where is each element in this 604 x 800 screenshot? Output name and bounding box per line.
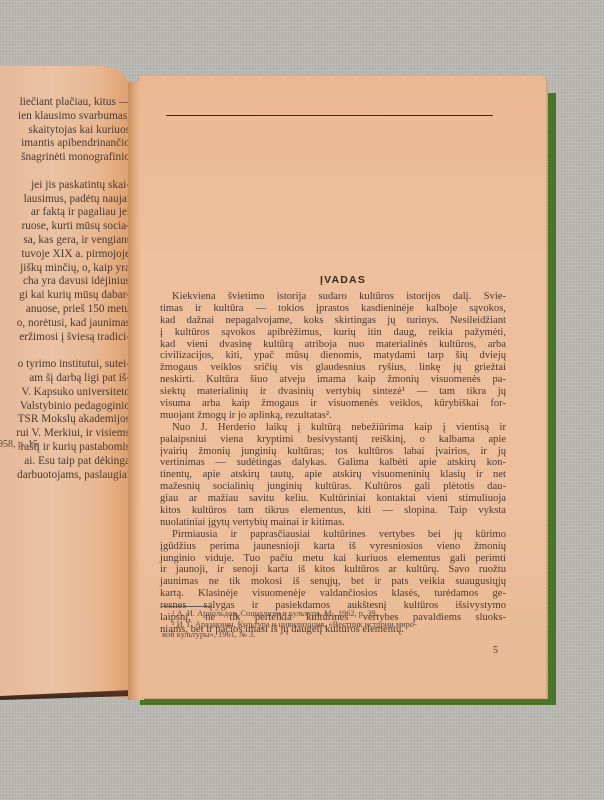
body-line: į kultūros sąvokos apibrėžimus, kurių it… [160,327,506,339]
right-page: ĮVADAS Kiekviena švietimo istorija sudar… [140,76,546,698]
body-line: neskirti. Kultūra šiuo atveju imama kaip… [160,374,506,386]
body-line: junginio viduje. Tuo pačiu metu kai kuri… [160,553,506,565]
body-line: kad dažnai nepagalvojame, koks skirtinga… [160,315,506,327]
body-line: ir jaunoji, ir senoji karta iš kitos kul… [160,564,506,576]
left-page-line: šnagrinėti monografinio [0,151,130,165]
body-line: kartą. Klasinėje visuomenėje valdančiosi… [160,588,506,600]
left-page-line: cha yra davusi idėjinius [0,275,130,289]
left-page-line: o tyrimo institutui, sutei- [0,358,130,372]
body-line: Pirmiausia ir paprasčiausiai kultūrines … [160,529,506,541]
chapter-body: Kiekviena švietimo istorija sudaro kultū… [160,291,506,636]
footnote-rule [162,606,212,607]
body-line: vertinimas — sudėtingas dalykas. Galima … [160,457,506,469]
left-page-line: skaitytojas kai kuriuos [0,124,130,138]
left-page-line: V. Kapsuko universiteto [0,386,130,400]
left-page-line: anuose, prieš 150 metų [0,303,130,317]
body-line: kitos kultūros tam tikrus elementus, kit… [160,505,506,517]
footnotes: ¹ А. И. Арнольдов, Социализм и культура,… [162,609,506,641]
body-line: įgūdžius perima jaunesnioji karta iš vyr… [160,541,506,553]
left-page-line: ien klausimo svarbumas, [0,110,130,124]
body-line: timas ir kultūra — tokios įprastos kasdi… [160,303,506,315]
left-page-text: liečiant plačiau, kitus —ien klausimo sv… [0,96,130,482]
body-line: muojant žmogų ir jo aplinką, rezultatas²… [160,410,506,422]
body-line: mažesnių socialinių junginių kultūras. K… [160,481,506,493]
left-page-line: o, norėtusi, kad jaunimas [0,317,130,331]
body-line: žmogaus veiklos sričių vis glaudesnius r… [160,362,506,374]
left-page-line: TSR Mokslų akademijos [0,413,130,427]
body-line: civilizacijos, kiti, ypač mūsų dienomis,… [160,350,506,362]
left-page-line: tuvoje XIX a. pirmojoje [0,248,130,262]
left-page-line: darbuotojams, paslaugiai [0,469,130,483]
body-line: tinentų, apie atskirų tautų, apie atskir… [160,469,506,481]
body-line: jaunimas ne tik mokosi iš senųjų, bet ir… [160,576,506,588]
left-page-line: am šį darbą ligi pat iš- [0,372,130,386]
footnote-line: ² И. Г. Аразакиин, Культура и цивилизаци… [162,620,506,631]
left-page-line [0,344,130,358]
footnote-line: вой культуры», 1961, № 3. [162,630,506,641]
left-page-line: eržimosi į šviesą tradici- [0,331,130,345]
body-line: Nuo J. Herderio laikų į kultūrą nebežiūr… [160,422,506,434]
header-rule [166,115,493,116]
left-page-line: gi kai kurių mūsų dabar- [0,289,130,303]
body-line: giau ar mažiau savitu keliu. Kultūriniai… [160,493,506,505]
left-page-line: Valstybinio pedagoginio [0,400,130,414]
left-page-line: ruose, kurti mūsų socia- [0,220,130,234]
left-page-line: sa, kas gera, ir vengiant [0,234,130,248]
left-page-line: liečiant plačiau, kitus — [0,96,130,110]
chapter-heading: ĮVADAS [140,274,546,286]
left-page-line [0,165,130,179]
left-page-footnote: 958, p. 15 [0,439,38,450]
page-number: 5 [493,645,498,656]
body-line: visuma arba kaip žmogaus ir visuomenės v… [160,398,506,410]
body-line: Kiekviena švietimo istorija sudaro kultū… [160,291,506,303]
left-page-line: lausimus, padėtų naujai [0,193,130,207]
left-page-line: ar faktą ir pagaliau jei [0,206,130,220]
body-line: siektų materialinių ir dvasinių vertybių… [160,386,506,398]
left-page-line: jei jis paskatintų skai- [0,179,130,193]
left-page-line: imantis apibendrinančio [0,137,130,151]
body-line: įvairių žmonių junginių kultūras; tos ku… [160,446,506,458]
left-page: liečiant plačiau, kitus —ien klausimo sv… [0,66,132,698]
left-page-line: jiškų minčių, o, kaip yra [0,262,130,276]
body-line: nuolatiniai įgytų vertybių mainai ir kit… [160,517,506,529]
body-line: kad vieni dvasinę kultūrą atriboja nuo m… [160,339,506,351]
footnote-line: ¹ А. И. Арнольдов, Социализм и культура,… [162,609,506,620]
body-line: palaipsniui viena kryptimi besivystantį … [160,434,506,446]
left-page-line: ai. Esu taip pat dėkinga [0,455,130,469]
